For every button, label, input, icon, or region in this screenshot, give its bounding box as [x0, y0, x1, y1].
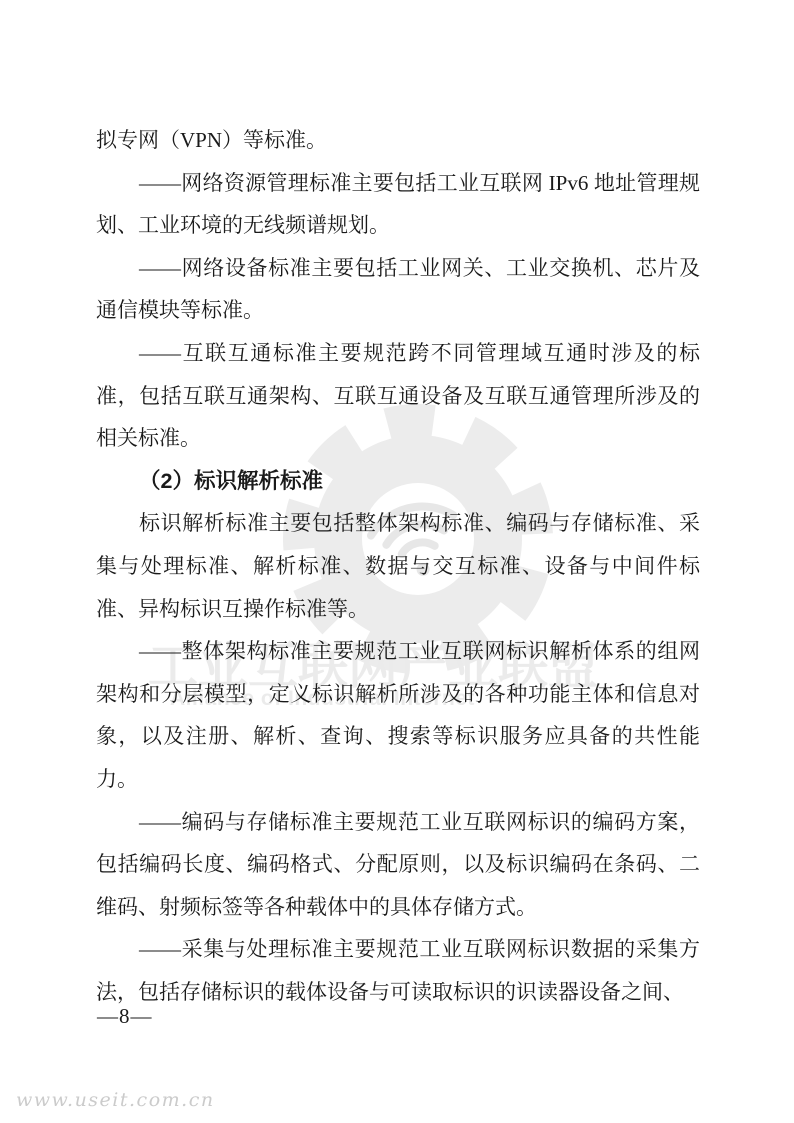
paragraph: ——互联互通标准主要规范跨不同管理域互通时涉及的标准，包括互联互通架构、互联互通… — [96, 332, 700, 460]
site-watermark: www.useit.com.cn — [16, 1089, 215, 1112]
paragraph: （2）标识解析标准 — [96, 460, 700, 503]
paragraph: ——网络设备标准主要包括工业网关、工业交换机、芯片及通信模块等标准。 — [96, 247, 700, 332]
page-number: —8— — [97, 1002, 153, 1031]
paragraph: ——编码与存储标准主要规范工业互联网标识的编码方案，包括编码长度、编码格式、分配… — [96, 801, 700, 929]
paragraph: ——网络资源管理标准主要包括工业互联网 IPv6 地址管理规划、工业环境的无线频… — [96, 162, 700, 247]
paragraph: 拟专网（VPN）等标准。 — [96, 119, 700, 162]
paragraph: ——采集与处理标准主要规范工业互联网标识数据的采集方法，包括存储标识的载体设备与… — [96, 928, 700, 1013]
paragraph: 标识解析标准主要包括整体架构标准、编码与存储标准、采集与处理标准、解析标准、数据… — [96, 502, 700, 630]
document-page: 工业互联网产业联盟 Alliance of Industrial Interne… — [0, 0, 794, 1123]
paragraph: ——整体架构标准主要规范工业互联网标识解析体系的组网架构和分层模型，定义标识解析… — [96, 630, 700, 800]
document-body: 拟专网（VPN）等标准。——网络资源管理标准主要包括工业互联网 IPv6 地址管… — [96, 119, 700, 1013]
